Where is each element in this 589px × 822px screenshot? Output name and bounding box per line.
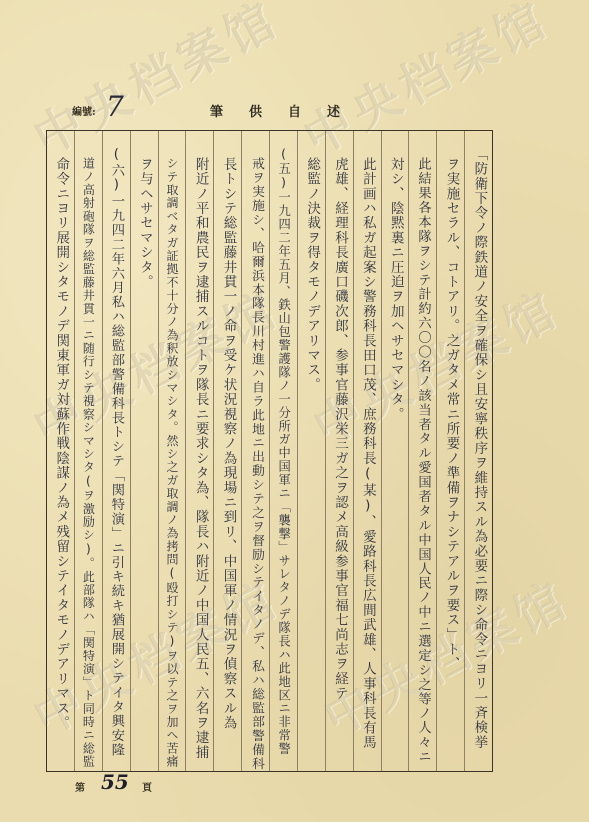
page-suffix: 頁	[142, 779, 152, 794]
manuscript-column: 附近ノ平和農民ヲ逮捕スルコトヲ隊長ニ要求シタ為、隊長ハ附近ノ中国人民五、六名ヲ逮…	[185, 131, 213, 771]
title-char: 自	[288, 101, 301, 120]
title-char: 述	[327, 101, 340, 120]
manuscript-column: 命令ニヨリ展開シタモノデ関東軍ガ対蘇作戦陰謀ノ為メ残留シテイタモノデアリマス。	[47, 131, 74, 771]
manuscript-column: ヲ与ヘサセマシタ。	[130, 131, 158, 771]
manuscript-column: 此結果各本隊ヲシテ計約六〇〇名ノ該当者タル愛国者タル中国人民ノ中ニ選定シ之等ノ人…	[408, 131, 436, 771]
manuscript-column: 対シ、陰黙裏ニ圧迫ヲ加ヘサセマシタ。	[381, 131, 409, 771]
manuscript-column: (五)一九四二年五月、鉄山包警護隊ノ一分所ガ中国軍ニ「襲撃」サレタノデ隊長ハ此地…	[269, 131, 297, 771]
column-text: 命令ニヨリ展開シタモノデ関東軍ガ対蘇作戦陰謀ノ為メ残留シテイタモノデアリマス。	[54, 157, 68, 730]
page-prefix: 第	[75, 779, 85, 794]
manuscript-column: 総監ノ決裁ヲ得タモノデアリマス。	[297, 131, 325, 771]
column-text: 此計画ハ私ガ起案シ警務科長田口茂、庶務科長(某)、愛路科長広間武雄、人事科長有馬	[360, 157, 374, 750]
manuscript-column: 長トシテ総監藤井貫一ノ命ヲ受ケ状況視察ノ為現場ニ到リ、中国軍ノ情況ヲ偵察スル為	[213, 131, 241, 771]
column-text: 戒ヲ実施シ、哈爾浜本隊長川村進ハ自ラ此地ニ出動シテ之ヲ督励シテイタノデ、私ハ総監…	[249, 157, 262, 771]
column-text: 対シ、陰黙裏ニ圧迫ヲ加ヘサセマシタ。	[388, 157, 402, 422]
serial-number: 7	[106, 90, 124, 123]
manuscript-grid: 「防衛下令ノ際鉄道ノ安全ヲ確保シ且安寧秩序ヲ維持スル為必要ニ際シ命令ニヨリ一斉検…	[46, 130, 493, 772]
column-text: 「防衛下令ノ際鉄道ノ安全ヲ確保シ且安寧秩序ヲ維持スル為必要ニ際シ命令ニヨリ一斉検…	[472, 147, 486, 750]
column-text: シテ取調ベタガ証拠不十分ノ為釈放シマシタ。然シ之ガ取調ノ為拷問(殴打シテ)ヲ以テ…	[166, 157, 178, 768]
column-text: (六)一九四二年六月私ハ総監部警備科長トシテ「関特演」ニ引キ続キ猶展開シテイタ興…	[110, 147, 123, 757]
title-char: 筆	[210, 101, 223, 120]
manuscript-column: 戒ヲ実施シ、哈爾浜本隊長川村進ハ自ラ此地ニ出動シテ之ヲ督励シテイタノデ、私ハ総監…	[241, 131, 269, 771]
column-text: ヲ実施セラル、コトアリ。之ガタメ常ニ所要ノ準備ヲナシテアルヲ要ス」ト、	[444, 157, 458, 672]
manuscript-column: シテ取調ベタガ証拠不十分ノ為釈放シマシタ。然シ之ガ取調ノ為拷問(殴打シテ)ヲ以テ…	[158, 131, 186, 771]
column-text: 総監ノ決裁ヲ得タモノデアリマス。	[305, 157, 319, 392]
column-text: 此結果各本隊ヲシテ計約六〇〇名ノ該当者タル愛国者タル中国人民ノ中ニ選定シ之等ノ人…	[416, 157, 429, 764]
manuscript-column: 此計画ハ私ガ起案シ警務科長田口茂、庶務科長(某)、愛路科長広間武雄、人事科長有馬	[353, 131, 381, 771]
manuscript-column: 道ノ高射砲隊ヲ総監藤井貫一ニ随行シテ視察シマシタ(ヲ激励シ)。此部隊ハ「関特演」…	[74, 131, 102, 771]
document-page: 中央档案馆 中央档案馆 中央档案馆 中央档案馆 中央档案馆 中央档案馆 編號: …	[0, 0, 589, 822]
column-text: 道ノ高射砲隊ヲ総監藤井貫一ニ随行シテ視察シマシタ(ヲ激励シ)。此部隊ハ「関特演」…	[82, 157, 94, 768]
manuscript-column: ヲ実施セラル、コトアリ。之ガタメ常ニ所要ノ準備ヲナシテアルヲ要ス」ト、	[436, 131, 464, 771]
serial-label: 編號:	[72, 103, 96, 118]
column-text: 虎雄、経理科長廣口磯次郎、参事官藤沢栄三ガ之ヲ認メ高級参事官福七尚志ヲ経テ	[332, 157, 346, 701]
column-text: ヲ与ヘサセマシタ。	[137, 157, 151, 289]
form-title: 筆 供 自 述	[210, 101, 340, 120]
column-text: 附近ノ平和農民ヲ逮捕スルコトヲ隊長ニ要求シタ為、隊長ハ附近ノ中国人民五、六名ヲ逮…	[193, 157, 207, 760]
manuscript-column: 虎雄、経理科長廣口磯次郎、参事官藤沢栄三ガ之ヲ認メ高級参事官福七尚志ヲ経テ	[325, 131, 353, 771]
manuscript-column: (六)一九四二年六月私ハ総監部警備科長トシテ「関特演」ニ引キ続キ猶展開シテイタ興…	[102, 131, 130, 771]
title-char: 供	[249, 101, 262, 120]
column-text: (五)一九四二年五月、鉄山包警護隊ノ一分所ガ中国軍ニ「襲撃」サレタノデ隊長ハ此地…	[277, 147, 289, 756]
page-number: 55	[101, 770, 129, 794]
column-text: 長トシテ総監藤井貫一ノ命ヲ受ケ状況視察ノ為現場ニ到リ、中国軍ノ情況ヲ偵察スル為	[221, 157, 235, 730]
manuscript-column: 「防衛下令ノ際鉄道ノ安全ヲ確保シ且安寧秩序ヲ維持スル為必要ニ際シ命令ニヨリ一斉検…	[464, 131, 492, 771]
